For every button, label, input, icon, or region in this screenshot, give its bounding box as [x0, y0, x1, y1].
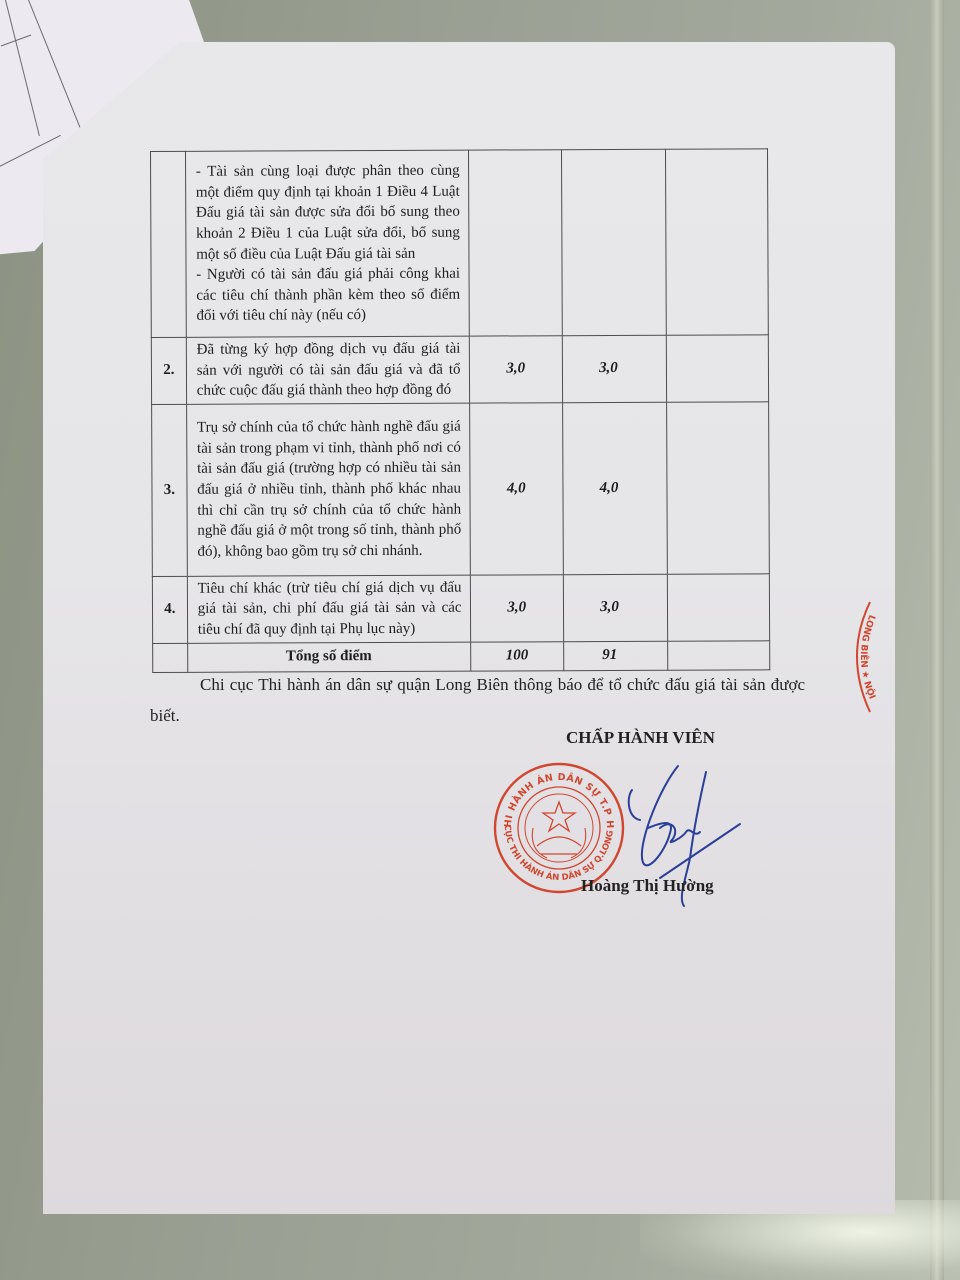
scoring-table: - Tài sản cùng loại được phân theo cùng …	[150, 148, 770, 672]
awarded-score: 3,0	[562, 335, 666, 402]
table-row: 2.Đã từng ký hợp đồng dịch vụ đấu giá tà…	[151, 335, 768, 404]
criterion-description: - Tài sản cùng loại được phân theo cùng …	[185, 150, 469, 337]
total-awarded-score: 91	[564, 641, 668, 670]
row-number: 3.	[152, 404, 187, 576]
criterion-description: Trụ sở chính của tổ chức hành nghề đấu g…	[186, 403, 470, 576]
criterion-description: Tiêu chí khác (trừ tiêu chí giá dịch vụ …	[187, 575, 470, 643]
partial-edge-stamp: LONG BIÊN ★ NỘI	[844, 596, 884, 716]
closing-paragraph: Chi cục Thi hành án dân sự quận Long Biê…	[150, 669, 805, 731]
awarded-score: 4,0	[563, 402, 668, 574]
signer-name: Hoàng Thị Hường	[581, 876, 714, 896]
max-score: 3,0	[469, 336, 563, 403]
row-number: 4.	[152, 576, 187, 643]
note-cell	[667, 574, 769, 641]
awarded-score	[562, 149, 667, 335]
table-row: 3.Trụ sở chính của tổ chức hành nghề đấu…	[152, 402, 770, 577]
signer-title: CHẤP HÀNH VIÊN	[566, 728, 715, 748]
total-row: Tổng số điểm10091	[153, 640, 770, 672]
row-number: 2.	[151, 337, 186, 404]
total-label: Tổng số điểm	[187, 642, 470, 672]
total-max-score: 100	[470, 641, 564, 670]
note-cell	[667, 402, 770, 574]
note-cell	[665, 149, 768, 335]
awarded-score: 3,0	[563, 574, 667, 641]
max-score: 3,0	[470, 574, 564, 641]
empty-cell	[153, 643, 188, 672]
criterion-description: Đã từng ký hợp đồng dịch vụ đấu giá tài …	[186, 336, 469, 404]
max-score: 4,0	[469, 402, 563, 574]
svg-text:CỤC THI HÀNH ÁN DÂN SỰ T.P HÀ: CỤC THI HÀNH ÁN DÂN SỰ T.P HÀ NỘI	[489, 758, 615, 829]
note-cell	[666, 335, 768, 402]
max-score	[468, 150, 562, 336]
row-number	[151, 151, 187, 337]
table-row: - Tài sản cùng loại được phân theo cùng …	[151, 149, 769, 338]
table-row: 4.Tiêu chí khác (trừ tiêu chí giá dịch v…	[152, 574, 769, 643]
note-cell	[668, 640, 770, 669]
